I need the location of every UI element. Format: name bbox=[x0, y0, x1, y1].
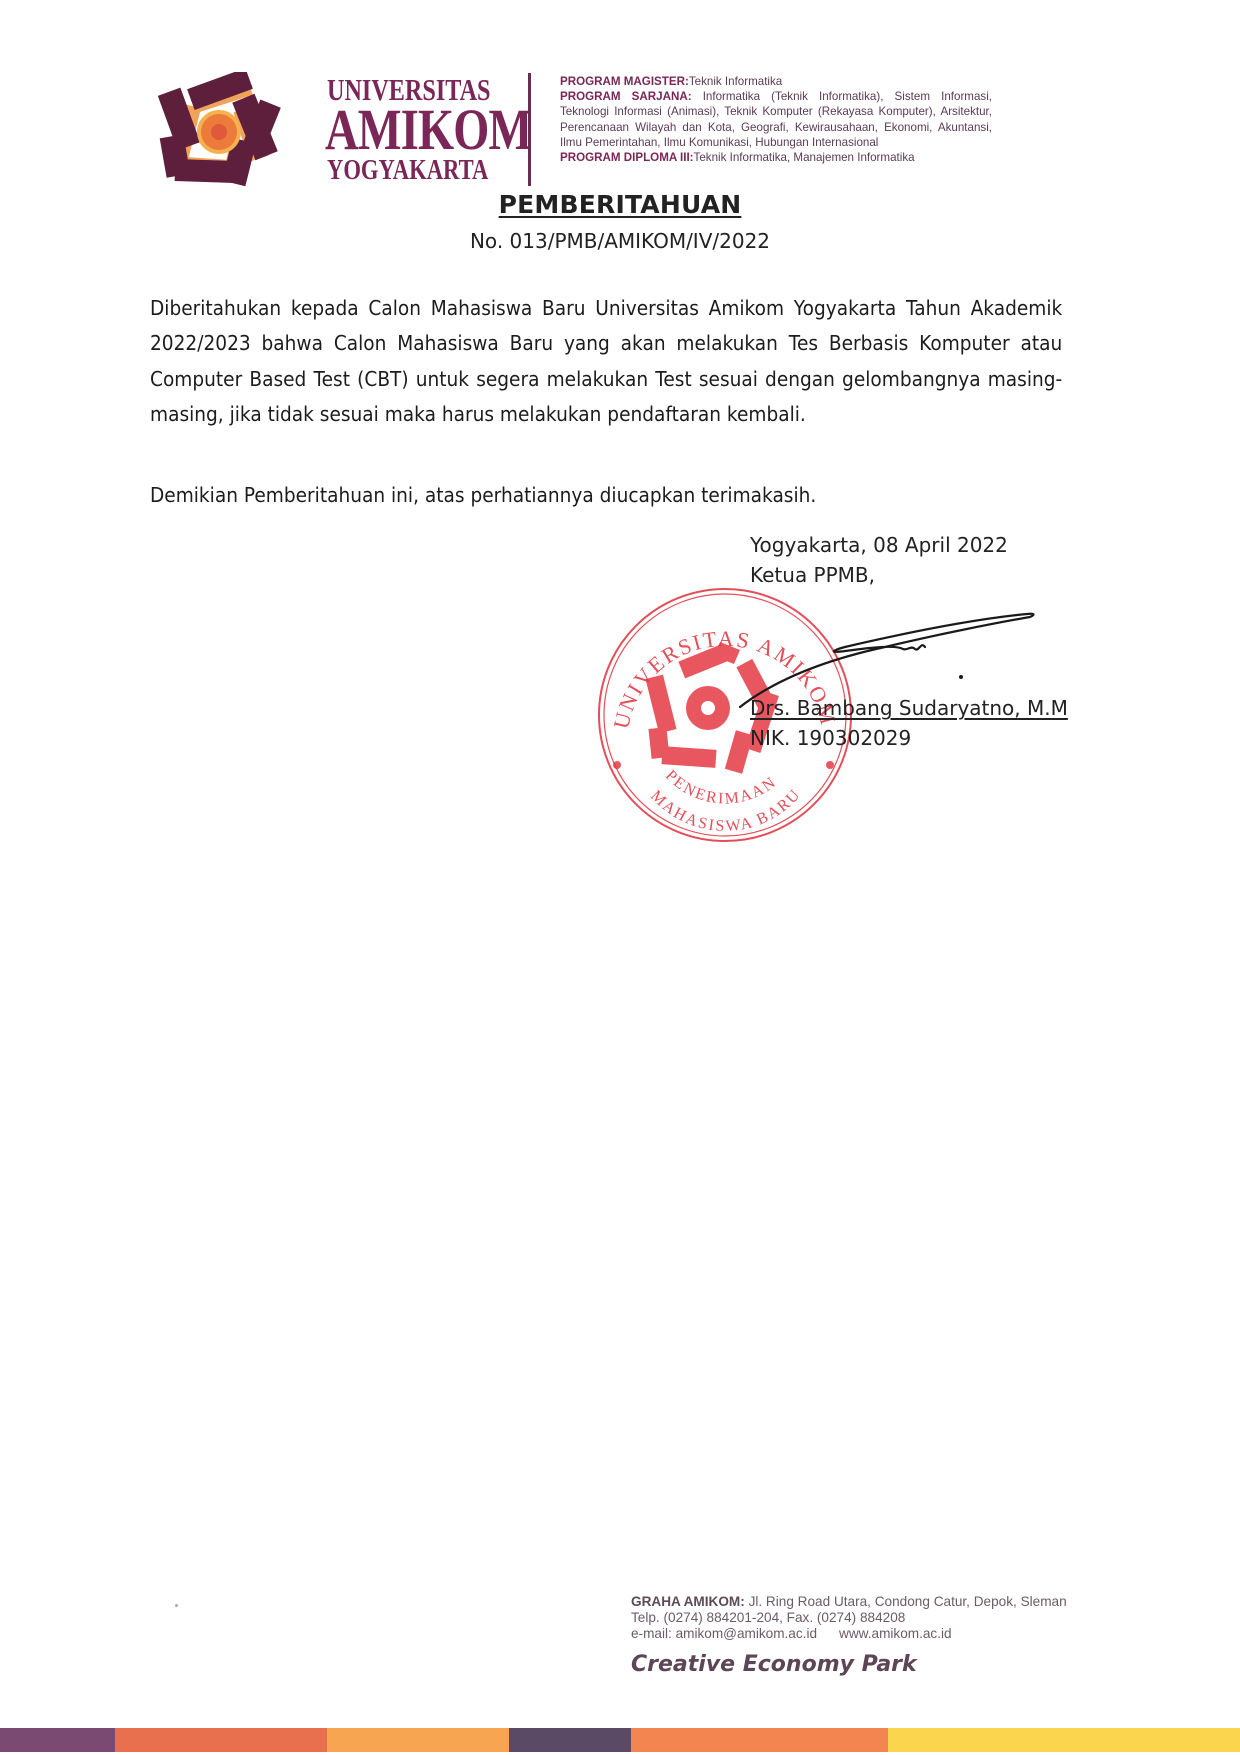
amikom-logo-icon bbox=[155, 72, 290, 187]
program-sarjana-label: PROGRAM SARJANA: bbox=[560, 90, 692, 103]
document-number: No. 013/PMB/AMIKOM/IV/2022 bbox=[0, 229, 1240, 253]
program-magister-text: Teknik Informatika bbox=[689, 75, 782, 88]
body-paragraph-container: Diberitahukan kepada Calon Mahasiswa Bar… bbox=[150, 291, 1062, 432]
letterhead: UNIVERSITAS AMIKOM YOGYAKARTA PROGRAM MA… bbox=[155, 70, 995, 190]
footer-color-bar bbox=[0, 1728, 1240, 1752]
color-bar-segment bbox=[509, 1728, 631, 1752]
footer-contact: GRAHA AMIKOM: Jl. Ring Road Utara, Condo… bbox=[631, 1594, 1131, 1678]
footer-phone: Telp. (0274) 884201-204, Fax. (0274) 884… bbox=[631, 1610, 1131, 1626]
color-bar-segment bbox=[115, 1728, 327, 1752]
body-paragraph: Diberitahukan kepada Calon Mahasiswa Bar… bbox=[150, 291, 1062, 432]
signature-place-date: Yogyakarta, 08 April 2022 bbox=[750, 533, 1008, 557]
program-list: PROGRAM MAGISTER:Teknik Informatika PROG… bbox=[560, 74, 992, 165]
document-title: PEMBERITAHUAN bbox=[0, 190, 1240, 219]
signatory-nik: NIK. 190302029 bbox=[750, 726, 911, 750]
footer-email-web-line: e-mail: amikom@amikom.ac.idwww.amikom.ac… bbox=[631, 1626, 1131, 1642]
program-diploma-text: Teknik Informatika, Manajemen Informatik… bbox=[694, 151, 915, 164]
program-diploma-label: PROGRAM DIPLOMA III: bbox=[560, 151, 694, 164]
footer-website: www.amikom.ac.id bbox=[839, 1626, 952, 1641]
brand-line-amikom: AMIKOM bbox=[325, 106, 485, 154]
closing-sentence: Demikian Pemberitahuan ini, atas perhati… bbox=[150, 483, 816, 507]
footer-address-line: GRAHA AMIKOM: Jl. Ring Road Utara, Condo… bbox=[631, 1594, 1131, 1610]
footer-address-label: GRAHA AMIKOM: bbox=[631, 1594, 745, 1609]
color-bar-segment bbox=[631, 1728, 888, 1752]
letterhead-divider bbox=[528, 73, 531, 186]
brand-line-yogyakarta: YOGYAKARTA bbox=[327, 154, 483, 186]
university-wordmark: UNIVERSITAS AMIKOM YOGYAKARTA bbox=[305, 74, 505, 186]
footer-tagline: Creative Economy Park bbox=[631, 1652, 1131, 1678]
program-diploma: PROGRAM DIPLOMA III:Teknik Informatika, … bbox=[560, 150, 992, 165]
color-bar-segment bbox=[327, 1728, 509, 1752]
program-sarjana: PROGRAM SARJANA: Informatika (Teknik Inf… bbox=[560, 89, 992, 150]
program-magister: PROGRAM MAGISTER:Teknik Informatika bbox=[560, 74, 992, 89]
footer-email: e-mail: amikom@amikom.ac.id bbox=[631, 1626, 817, 1641]
color-bar-segment bbox=[0, 1728, 115, 1752]
svg-text:PENERIMAAN: PENERIMAAN bbox=[662, 767, 780, 808]
footer-address: Jl. Ring Road Utara, Condong Catur, Depo… bbox=[749, 1594, 1067, 1609]
scan-speck bbox=[175, 1604, 178, 1607]
signatory-name: Drs. Bambang Sudaryatno, M.M bbox=[750, 696, 1068, 720]
program-magister-label: PROGRAM MAGISTER: bbox=[560, 75, 689, 88]
color-bar-segment bbox=[888, 1728, 1240, 1752]
